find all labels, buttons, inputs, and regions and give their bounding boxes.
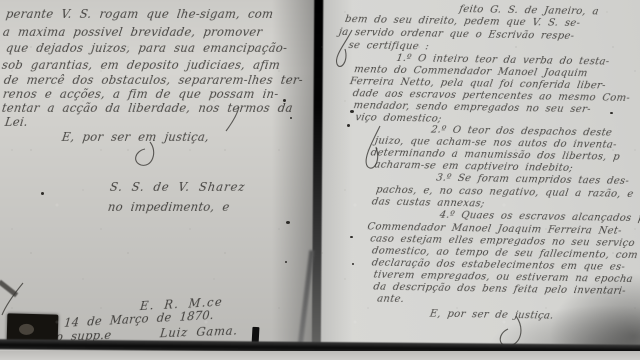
closing-formula: E, por ser de justiça. [429, 309, 555, 322]
manuscript-line: Lei. [4, 115, 29, 129]
ink-speck [352, 263, 354, 265]
manuscript-line: Ferreira Netto, pela qual foi conferida … [349, 76, 607, 91]
manuscript-line: dade aos escravos pertencentes ao mesmo … [352, 88, 631, 104]
manuscript-line: declaração dos estabelecimentos em que e… [371, 258, 626, 273]
manuscript-line: caso estejam elles empregados no seu ser… [369, 234, 635, 250]
manuscript-line: ante. [376, 294, 405, 305]
petitioner-name: Luiz Gama. [159, 324, 238, 341]
manuscript-line: 2.º O teor dos despachos deste [430, 125, 613, 139]
right-page-text-block: feito G. S. de Janeiro, a bem do seu dir… [321, 0, 640, 350]
manuscript-line: mendador, sendo empregados no seu ser- [353, 100, 592, 115]
ink-speck [350, 236, 353, 238]
ink-speck [41, 192, 44, 195]
manuscript-line: tentar a acção da liberdade, nos termos … [1, 101, 294, 115]
manuscript-line: bem do seu direito, pedem que V. S. se- [344, 14, 581, 29]
manuscript-line: mento do Commendador Manoel Joaquim [353, 64, 588, 79]
manuscript-line: 1.º O inteiro teor da verba do testa- [395, 53, 610, 68]
manuscript-line: ja servido ordenar que o Escrivão respe- [338, 27, 575, 42]
manuscript-line: determinando a manumissão dos libertos, … [370, 148, 621, 163]
manuscript-line: feito G. S. de Janeiro, a [458, 4, 599, 17]
manuscript-line: domestico, ao tempo de seu fallecimento,… [371, 246, 639, 262]
manuscript-line: renos e acções, a fim de que possam in- [2, 87, 280, 101]
ink-speck [285, 261, 287, 263]
manuscript-photo: perante V. S. rogam que lhe-sigam, com a… [0, 0, 640, 360]
ink-speck [290, 117, 292, 119]
manuscript-line: acharam-se em captiveiro indebito; [374, 160, 574, 174]
manuscript-line: 3.º Se foram cumpridos taes des- [435, 173, 629, 187]
ink-speck [610, 112, 613, 114]
signature-subline: no impedimento, e [107, 200, 231, 214]
manuscript-line: que dejados juizos, para sua emancipação… [5, 41, 288, 55]
manuscript-line: sob garantias, em deposito judiciaes, af… [1, 58, 281, 72]
manuscript-line: a maxima possivel brevidade, promover [2, 25, 263, 39]
signature-line: S. S. de V. Sharez [109, 180, 246, 194]
manuscript-line: perante V. S. rogam que lhe-sigam, com [5, 7, 274, 21]
ink-streak [0, 280, 18, 297]
court-formula: E. R. M.ce [139, 295, 223, 313]
closing-formula: E, por ser em justiça, [61, 130, 210, 144]
manuscript-line: 4.º Quaes os escravos alcançados pelo [439, 210, 640, 225]
manuscript-line: da descripção dos bens feita pelo invent… [372, 282, 626, 297]
manuscript-line: viço domestico; [354, 112, 442, 124]
table-surface [0, 351, 640, 360]
manuscript-line: Commendador Manoel Joaquim Ferreira Net- [367, 222, 623, 237]
manuscript-line: de mercê dos obstaculos, separarem-lhes … [3, 73, 304, 87]
ink-speck [283, 99, 286, 102]
manuscript-line: tiverem empregados, ou estiveram na epoc… [373, 270, 634, 285]
manuscript-line: das custas annexas; [371, 197, 485, 210]
date-line: 14 de Março de 1870. [63, 308, 214, 330]
stamp-emboss [19, 324, 34, 335]
manuscript-right-page: feito G. S. de Janeiro, a bem do seu dir… [321, 0, 640, 350]
ink-speck [347, 124, 350, 127]
ink-speck [286, 221, 290, 224]
manuscript-line: se certifique : [348, 40, 430, 52]
manuscript-left-page: perante V. S. rogam que lhe-sigam, com a… [0, 0, 316, 350]
manuscript-line: juizo, que acham-se nos autos do inventa… [374, 136, 618, 151]
ink-speck [350, 110, 354, 113]
manuscript-line: pachos, e, no caso negativo, qual a razã… [375, 185, 634, 200]
